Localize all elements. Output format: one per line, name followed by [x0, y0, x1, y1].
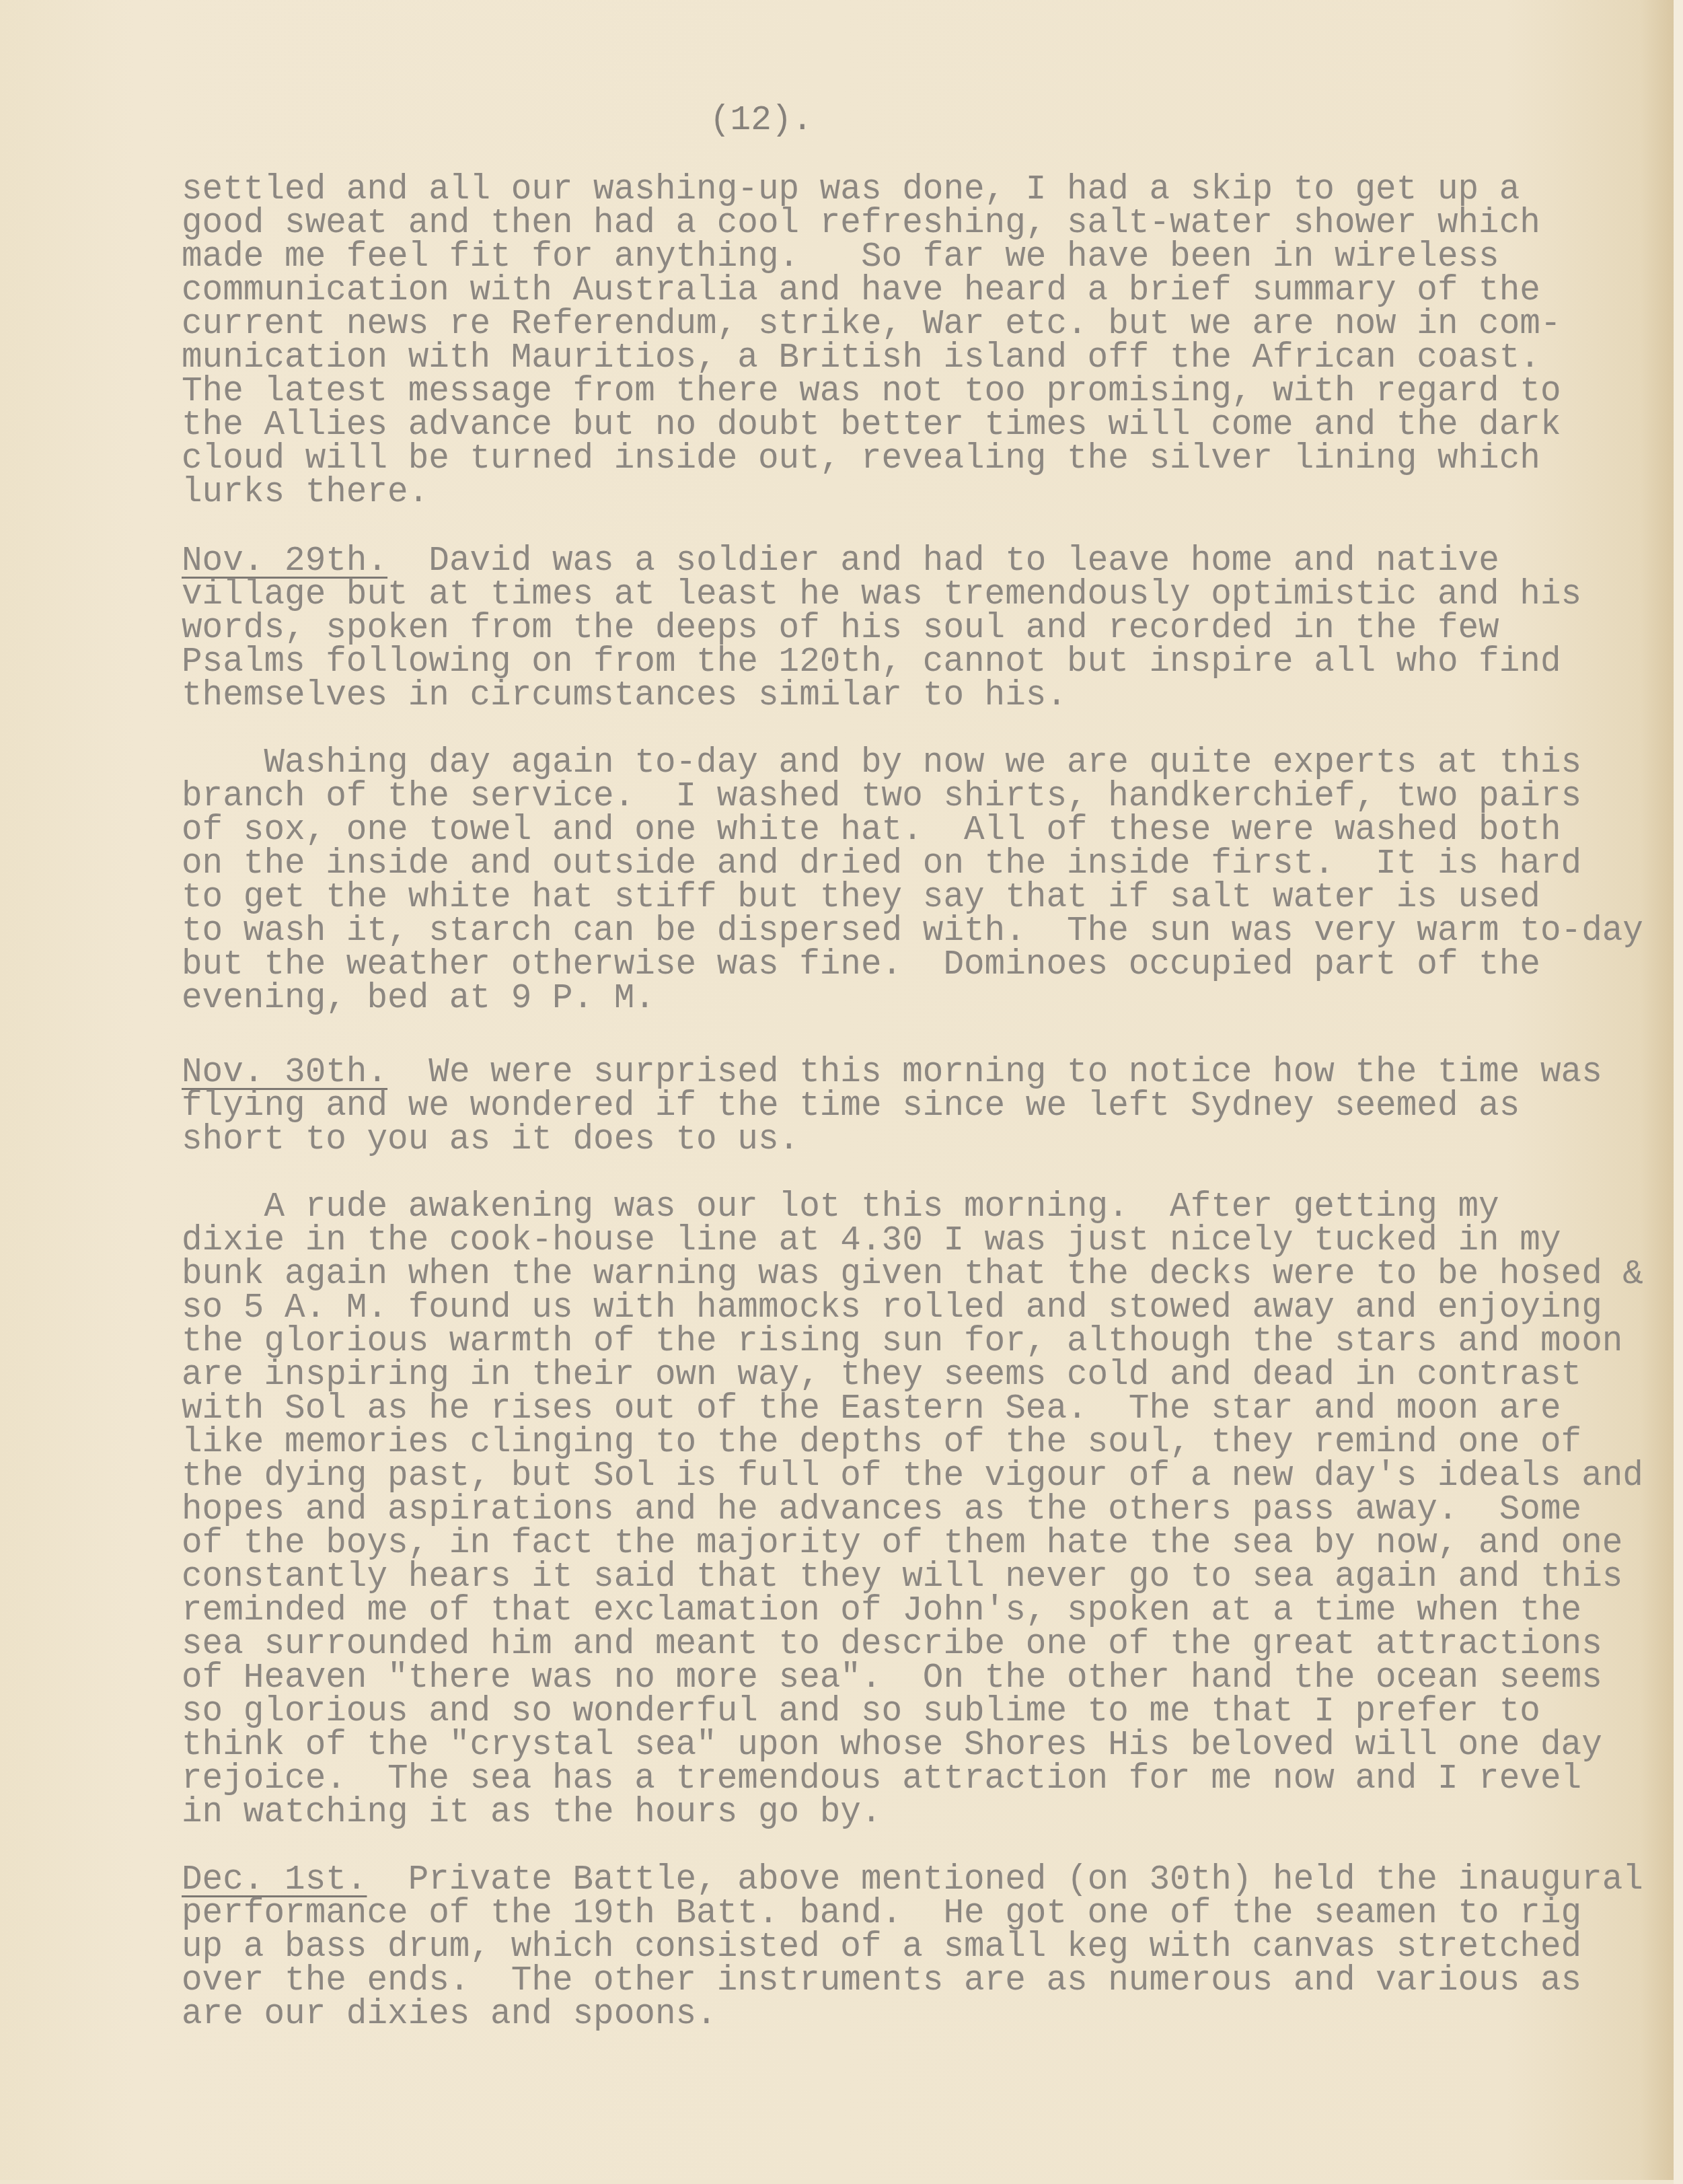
- line-text: communication with Australia and have he…: [182, 272, 1540, 310]
- line-text: to wash it, starch can be dispersed with…: [182, 912, 1643, 951]
- line-text: current news re Referendum, strike, War …: [182, 305, 1561, 344]
- diary-entry-p6: Dec. 1st. Private Battle, above mentione…: [182, 1864, 1643, 2032]
- text-line: Nov. 29th. David was a soldier and had t…: [182, 545, 1581, 579]
- diary-entry-p4: Nov. 30th. We were surprised this mornin…: [182, 1056, 1602, 1157]
- diary-entry-p5: A rude awakening was our lot this mornin…: [182, 1191, 1643, 1830]
- line-text: the dying past, but Sol is full of the v…: [182, 1457, 1643, 1496]
- text-line: over the ends. The other instruments are…: [182, 1965, 1643, 1998]
- line-text: branch of the service. I washed two shir…: [182, 778, 1581, 816]
- line-text: munication with Mauritios, a British isl…: [182, 339, 1540, 377]
- line-text: of sox, one towel and one white hat. All…: [182, 811, 1561, 850]
- line-text: reminded me of that exclamation of John'…: [182, 1592, 1581, 1630]
- line-text: the glorious warmth of the rising sun fo…: [182, 1323, 1622, 1361]
- line-text: in watching it as the hours go by.: [182, 1794, 882, 1832]
- text-line: sea surrounded him and meant to describe…: [182, 1628, 1643, 1662]
- line-text: so 5 A. M. found us with hammocks rolled…: [182, 1289, 1602, 1327]
- line-text: good sweat and then had a cool refreshin…: [182, 205, 1540, 243]
- text-line: themselves in circumstances similar to h…: [182, 680, 1581, 713]
- line-text: sea surrounded him and meant to describe…: [182, 1626, 1602, 1664]
- line-text: flying and we wondered if the time since…: [182, 1087, 1520, 1126]
- line-text: short to you as it does to us.: [182, 1121, 799, 1159]
- line-text: rejoice. The sea has a tremendous attrac…: [182, 1760, 1581, 1798]
- line-text: lurks there.: [182, 474, 428, 512]
- line-text: think of the "crystal sea" upon whose Sh…: [182, 1726, 1602, 1765]
- text-line: short to you as it does to us.: [182, 1124, 1602, 1157]
- entry-date-heading: Dec. 1st.: [182, 1861, 367, 1899]
- text-line: Nov. 30th. We were surprised this mornin…: [182, 1056, 1602, 1090]
- line-text: over the ends. The other instruments are…: [182, 1962, 1581, 2000]
- line-text: of Heaven "there was no more sea". On th…: [182, 1659, 1602, 1698]
- diary-entry-p2: Nov. 29th. David was a soldier and had t…: [182, 545, 1581, 713]
- text-line: so glorious and so wonderful and so subl…: [182, 1696, 1643, 1729]
- text-line: are inspiring in their own way, they see…: [182, 1359, 1643, 1393]
- line-text: The latest message from there was not to…: [182, 373, 1561, 411]
- line-text: cloud will be turned inside out, reveali…: [182, 440, 1540, 478]
- text-line: settled and all our washing-up was done,…: [182, 174, 1561, 207]
- line-text: like memories clinging to the depths of …: [182, 1424, 1581, 1462]
- text-line: in watching it as the hours go by.: [182, 1796, 1643, 1830]
- text-line: words, spoken from the deeps of his soul…: [182, 612, 1581, 646]
- line-text: made me feel fit for anything. So far we…: [182, 238, 1499, 277]
- line-text: words, spoken from the deeps of his soul…: [182, 610, 1499, 648]
- text-line: constantly hears it said that they will …: [182, 1561, 1643, 1595]
- text-line: cloud will be turned inside out, reveali…: [182, 443, 1561, 476]
- text-line: the glorious warmth of the rising sun fo…: [182, 1325, 1643, 1359]
- text-line: good sweat and then had a cool refreshin…: [182, 207, 1561, 241]
- line-text: Psalms following on from the 120th, cann…: [182, 643, 1561, 682]
- text-line: branch of the service. I washed two shir…: [182, 780, 1643, 814]
- text-line: bunk again when the warning was given th…: [182, 1258, 1643, 1292]
- text-line: to get the white hat stiff but they say …: [182, 881, 1643, 915]
- line-text: but the weather otherwise was fine. Domi…: [182, 946, 1540, 984]
- text-line: performance of the 19th Batt. band. He g…: [182, 1897, 1643, 1931]
- text-line: of Heaven "there was no more sea". On th…: [182, 1662, 1643, 1696]
- line-text: bunk again when the warning was given th…: [182, 1255, 1643, 1294]
- text-line: of the boys, in fact the majority of the…: [182, 1527, 1643, 1561]
- text-line: communication with Australia and have he…: [182, 275, 1561, 308]
- line-text: of the boys, in fact the majority of the…: [182, 1525, 1622, 1563]
- text-line: dixie in the cook-house line at 4.30 I w…: [182, 1225, 1643, 1258]
- text-line: are our dixies and spoons.: [182, 1998, 1643, 2032]
- text-line: up a bass drum, which consisted of a sma…: [182, 1931, 1643, 1965]
- line-text: so glorious and so wonderful and so subl…: [182, 1693, 1540, 1731]
- text-line: Psalms following on from the 120th, cann…: [182, 646, 1581, 680]
- line-text: constantly hears it said that they will …: [182, 1558, 1622, 1597]
- line-text: performance of the 19th Batt. band. He g…: [182, 1895, 1581, 1933]
- text-line: flying and we wondered if the time since…: [182, 1090, 1602, 1124]
- entry-date-heading: Nov. 29th.: [182, 542, 387, 581]
- text-line: the Allies advance but no doubt better t…: [182, 409, 1561, 443]
- line-text: up a bass drum, which consisted of a sma…: [182, 1928, 1581, 1967]
- line-text: to get the white hat stiff but they say …: [182, 879, 1540, 917]
- text-line: rejoice. The sea has a tremendous attrac…: [182, 1763, 1643, 1796]
- line-text: village but at times at least he was tre…: [182, 576, 1581, 614]
- line-text: A rude awakening was our lot this mornin…: [182, 1188, 1499, 1227]
- diary-entry-p1: settled and all our washing-up was done,…: [182, 174, 1561, 510]
- line-text: We were surprised this morning to notice…: [387, 1054, 1602, 1092]
- text-line: of sox, one towel and one white hat. All…: [182, 814, 1643, 848]
- line-text: settled and all our washing-up was done,…: [182, 171, 1520, 209]
- line-text: themselves in circumstances similar to h…: [182, 677, 1067, 715]
- line-text: Washing day again to-day and by now we a…: [182, 744, 1581, 782]
- diary-entry-p3: Washing day again to-day and by now we a…: [182, 747, 1643, 1016]
- text-line: reminded me of that exclamation of John'…: [182, 1595, 1643, 1628]
- text-line: Dec. 1st. Private Battle, above mentione…: [182, 1864, 1643, 1897]
- line-text: the Allies advance but no doubt better t…: [182, 406, 1561, 445]
- line-text: on the inside and outside and dried on t…: [182, 845, 1581, 883]
- text-line: but the weather otherwise was fine. Domi…: [182, 949, 1643, 982]
- text-line: A rude awakening was our lot this mornin…: [182, 1191, 1643, 1225]
- line-text: with Sol as he rises out of the Eastern …: [182, 1390, 1561, 1428]
- entry-date-heading: Nov. 30th.: [182, 1054, 387, 1092]
- text-line: like memories clinging to the depths of …: [182, 1426, 1643, 1460]
- text-line: the dying past, but Sol is full of the v…: [182, 1460, 1643, 1494]
- text-line: to wash it, starch can be dispersed with…: [182, 915, 1643, 949]
- line-text: are our dixies and spoons.: [182, 1996, 717, 2034]
- text-line: village but at times at least he was tre…: [182, 579, 1581, 612]
- text-line: on the inside and outside and dried on t…: [182, 848, 1643, 881]
- text-line: lurks there.: [182, 476, 1561, 510]
- line-text: Private Battle, above mentioned (on 30th…: [367, 1861, 1643, 1899]
- text-line: made me feel fit for anything. So far we…: [182, 241, 1561, 275]
- text-line: so 5 A. M. found us with hammocks rolled…: [182, 1292, 1643, 1325]
- scan-edge: [1674, 0, 1683, 2184]
- text-line: think of the "crystal sea" upon whose Sh…: [182, 1729, 1643, 1763]
- line-text: are inspiring in their own way, they see…: [182, 1356, 1581, 1395]
- line-text: David was a soldier and had to leave hom…: [387, 542, 1499, 581]
- text-line: munication with Mauritios, a British isl…: [182, 342, 1561, 375]
- line-text: dixie in the cook-house line at 4.30 I w…: [182, 1222, 1561, 1260]
- text-line: Washing day again to-day and by now we a…: [182, 747, 1643, 780]
- page-number: (12).: [710, 104, 813, 138]
- text-line: hopes and aspirations and he advances as…: [182, 1494, 1643, 1527]
- line-text: evening, bed at 9 P. M.: [182, 980, 655, 1018]
- text-line: evening, bed at 9 P. M.: [182, 982, 1643, 1016]
- line-text: hopes and aspirations and he advances as…: [182, 1491, 1581, 1529]
- text-line: The latest message from there was not to…: [182, 375, 1561, 409]
- text-line: with Sol as he rises out of the Eastern …: [182, 1393, 1643, 1426]
- text-line: current news re Referendum, strike, War …: [182, 308, 1561, 342]
